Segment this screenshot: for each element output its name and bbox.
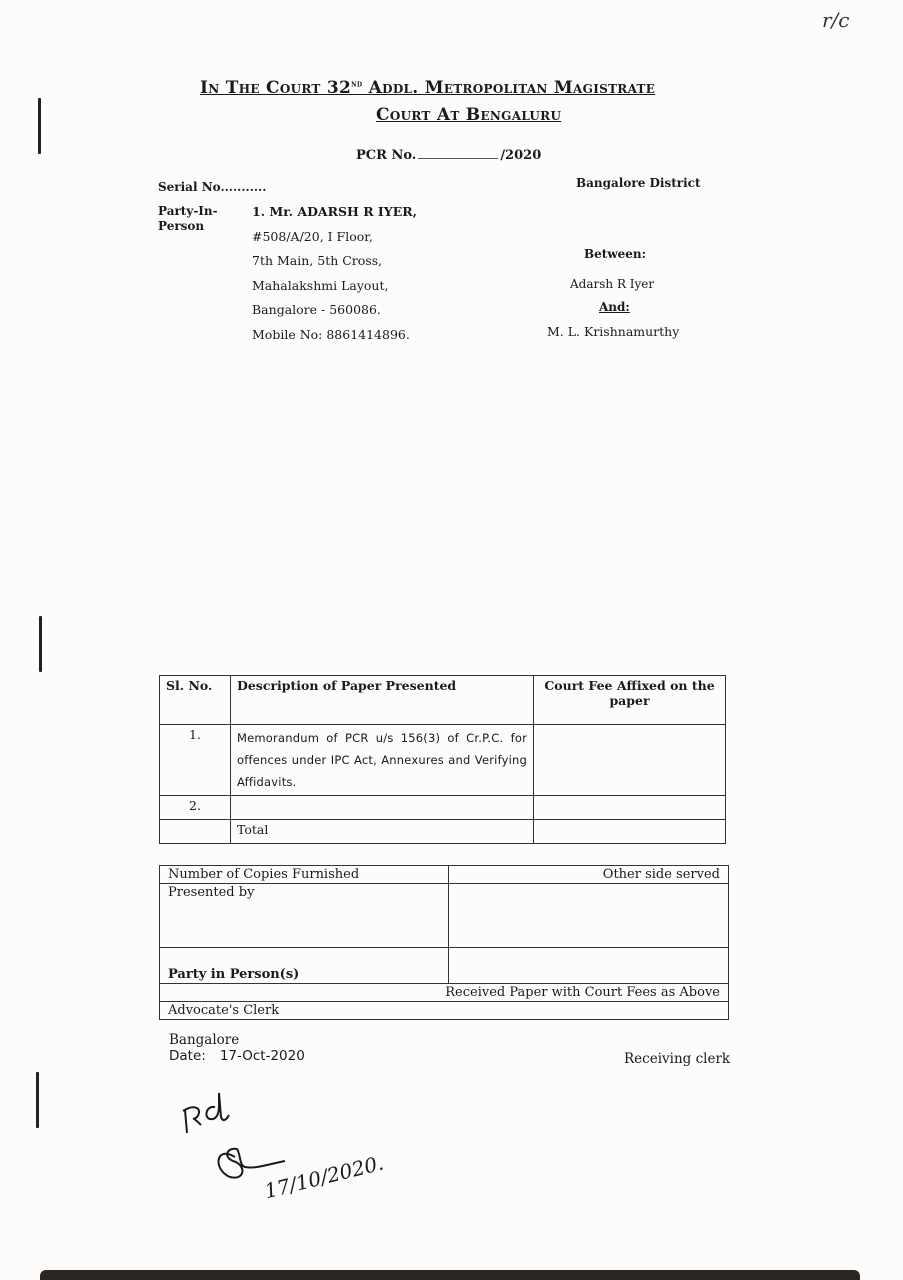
- copies-furnished-label: Number of Copies Furnished: [160, 866, 449, 884]
- advocates-clerk-label: Advocate's Clerk: [160, 1002, 729, 1020]
- presented-by-label: Presented by: [160, 884, 449, 948]
- header-court-fee: Court Fee Affixed on the paper: [534, 676, 726, 725]
- scan-shadow-edge: [40, 1270, 860, 1280]
- table-header-row: Sl. No. Description of Paper Presented C…: [160, 676, 726, 725]
- address-line: Bangalore - 560086.: [252, 302, 417, 327]
- cell-description: Memorandum of PCR u/s 156(3) of Cr.P.C. …: [231, 725, 534, 796]
- cell-court-fee: [534, 796, 726, 820]
- date-value: 17-Oct-2020: [220, 1048, 305, 1064]
- court-title-line2: Court At Bengaluru: [376, 105, 561, 125]
- and-label: And:: [599, 300, 630, 314]
- party-in-person-label: Party in Person(s): [160, 948, 449, 984]
- address-line: #508/A/20, I Floor,: [252, 229, 417, 254]
- district-label: Bangalore District: [576, 176, 701, 190]
- cell-sl-no: 2.: [160, 796, 231, 820]
- copies-furnished-table: Number of Copies Furnished Other side se…: [159, 865, 729, 1020]
- between-label: Between:: [584, 247, 646, 261]
- pcr-blank-field: [418, 158, 498, 159]
- party-in-person-label: Party-In- Person: [158, 204, 238, 234]
- presented-by-value: [449, 884, 729, 948]
- table-row-total: Total: [160, 820, 726, 844]
- header-sl-no: Sl. No.: [160, 676, 231, 725]
- cell-court-fee: [534, 820, 726, 844]
- table-row: 2.: [160, 796, 726, 820]
- party-address-block: 1. Mr. ADARSH R IYER, #508/A/20, I Floor…: [252, 204, 417, 351]
- pcr-number: PCR No./2020: [356, 148, 541, 163]
- cell-sl-no: [160, 820, 231, 844]
- court-title-line1: In The Court 32nd Addl. Metropolitan Mag…: [200, 78, 710, 98]
- receiving-clerk-label: Receiving clerk: [624, 1051, 730, 1067]
- mobile-number: Mobile No: 8861414896.: [252, 327, 417, 352]
- serial-number-label: Serial No...........: [158, 180, 266, 194]
- party-name: 1. Mr. ADARSH R IYER,: [252, 204, 417, 229]
- corner-handwritten-note: r/c: [822, 8, 850, 32]
- party-in-person-value: [449, 948, 729, 984]
- binder-mark-middle: [39, 616, 42, 672]
- place-label: Bangalore: [169, 1032, 239, 1048]
- date-field: Date:17-Oct-2020: [169, 1048, 305, 1064]
- cell-total-label: Total: [231, 820, 534, 844]
- cell-description: [231, 796, 534, 820]
- cell-court-fee: [534, 725, 726, 796]
- petitioner-name: Adarsh R Iyer: [570, 277, 654, 291]
- other-side-served-label: Other side served: [449, 866, 729, 884]
- binder-mark-top: [38, 98, 41, 154]
- address-line: Mahalakshmi Layout,: [252, 278, 417, 303]
- cell-sl-no: 1.: [160, 725, 231, 796]
- received-paper-label: Received Paper with Court Fees as Above: [160, 984, 729, 1002]
- address-line: 7th Main, 5th Cross,: [252, 253, 417, 278]
- papers-presented-table: Sl. No. Description of Paper Presented C…: [159, 675, 726, 844]
- table-row: 1. Memorandum of PCR u/s 156(3) of Cr.P.…: [160, 725, 726, 796]
- binder-mark-bottom: [36, 1072, 39, 1128]
- header-description: Description of Paper Presented: [231, 676, 534, 725]
- respondent-name: M. L. Krishnamurthy: [547, 324, 679, 339]
